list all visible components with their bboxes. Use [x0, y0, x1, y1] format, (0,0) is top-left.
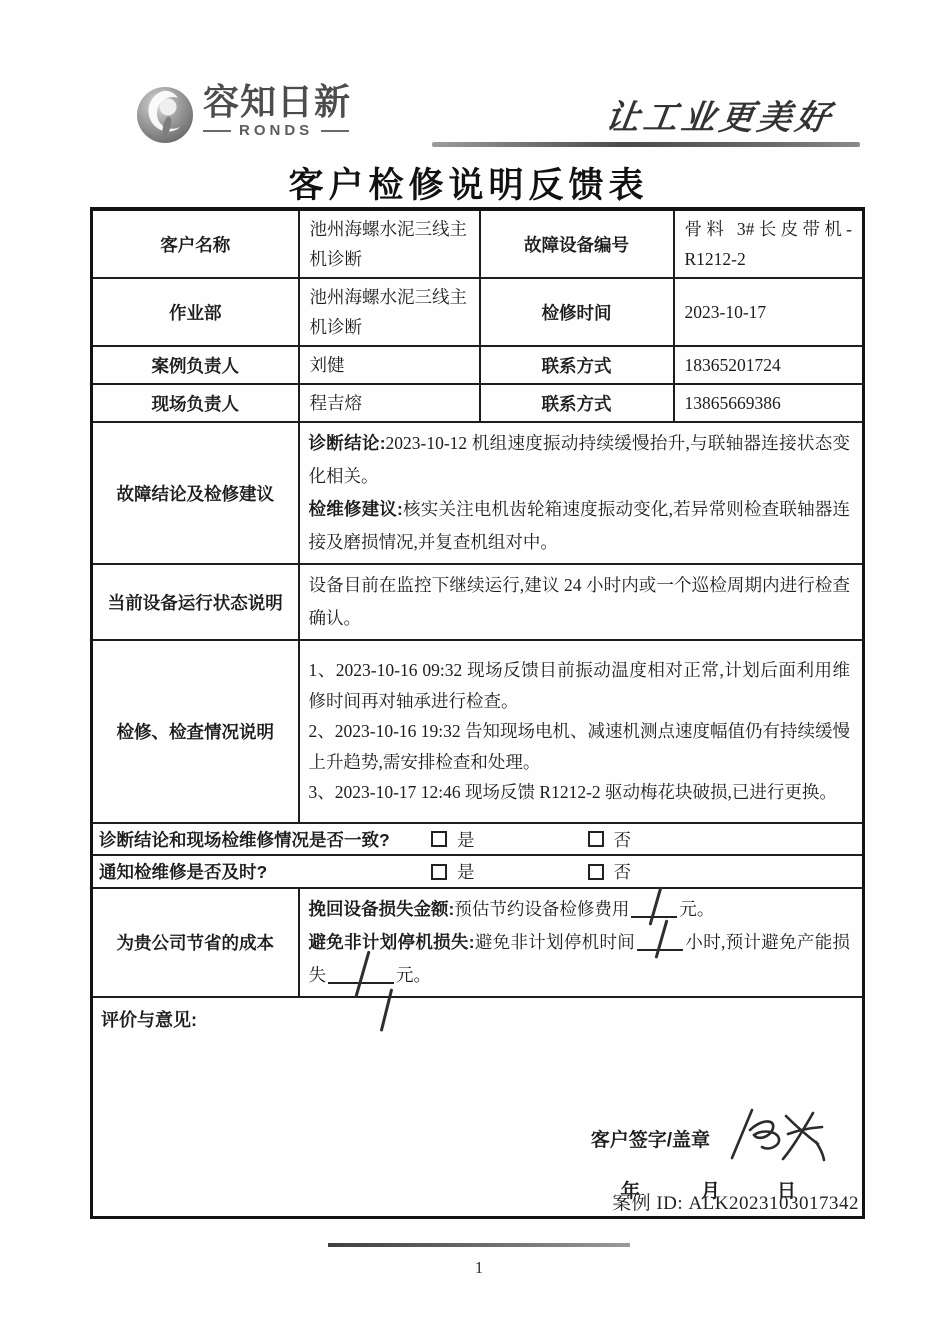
fault-conclusion-content: 诊断结论:2023-10-12 机组速度振动持续缓慢抬升,与联轴器连接状态变化相…	[299, 422, 864, 564]
header-divider-line	[432, 142, 860, 147]
ronds-sphere-icon	[133, 82, 197, 146]
downtime-loss-text: 避免非计划停机时间	[475, 932, 636, 952]
table-row: 作业部 池州海螺水泥三线主机诊断 检修时间 2023-10-17	[92, 278, 864, 346]
case-id: 案例 ID: ALK2023103017342	[612, 1188, 859, 1215]
question-timeliness-text: 通知检维修是否及时?	[99, 859, 431, 884]
scanned-form-page: 容知日新 RONDS 让工业更美好 客户检修说明反馈表 客户名称 池州海螺水泥三…	[0, 0, 937, 1325]
checkbox-consistency-no[interactable]	[588, 831, 604, 847]
checkbox-timeliness-no[interactable]	[588, 864, 604, 880]
recovered-loss-text: 预估节约设备检修费用	[454, 899, 629, 919]
checkbox-timeliness-yes[interactable]	[431, 864, 447, 880]
table-row: 当前设备运行状态说明 设备目前在监控下继续运行,建议 24 小时内或一个巡检周期…	[92, 564, 864, 640]
site-owner-label: 现场负责人	[92, 384, 299, 422]
downtime-hours-blank-field[interactable]	[637, 933, 683, 951]
current-status-text: 设备目前在监控下继续运行,建议 24 小时内或一个巡检周期内进行检查确认。	[309, 569, 851, 635]
current-status-label: 当前设备运行状态说明	[92, 564, 299, 640]
table-row: 诊断结论和现场检维修情况是否一致? 是 否	[92, 823, 864, 855]
evaluation-signature-row: 评价与意见: 客户签字/盖章	[92, 997, 864, 1217]
company-slogan-calligraphy: 让工业更美好	[582, 90, 859, 139]
page-title: 客户检修说明反馈表	[0, 158, 937, 208]
inspection-label: 检修、检查情况说明	[92, 640, 299, 823]
timeliness-yes-option: 是	[431, 859, 475, 884]
fault-conclusion-label: 故障结论及检修建议	[92, 422, 299, 564]
logo-text-en: RONDS	[203, 122, 351, 139]
capacity-loss-suffix: 元。	[396, 965, 431, 985]
footer-divider-line	[328, 1243, 630, 1247]
equipment-id-value: 骨料 3#长皮带机-R1212-2	[674, 209, 864, 278]
contact-value: 18365201724	[674, 346, 864, 384]
customer-signature-label: 客户签字/盖章	[591, 1125, 710, 1152]
table-row: 案例负责人 刘健 联系方式 18365201724	[92, 346, 864, 384]
case-id-label: 案例 ID:	[612, 1193, 683, 1214]
table-row: 现场负责人 程吉熔 联系方式 13865669386	[92, 384, 864, 422]
customer-name-label: 客户名称	[92, 209, 299, 278]
no-label: 否	[614, 827, 632, 852]
repair-fee-blank-field[interactable]	[631, 900, 677, 918]
logo-text-cn: 容知日新	[203, 82, 351, 122]
contact-value: 13865669386	[674, 384, 864, 422]
consistency-yes-option: 是	[431, 827, 475, 852]
table-row: 评价与意见: 客户签字/盖章	[92, 997, 864, 1217]
equipment-id-label: 故障设备编号	[480, 209, 674, 278]
suggestion-label: 检维修建议:	[309, 499, 403, 519]
timeliness-no-option: 否	[588, 859, 632, 884]
logo-dash-left	[203, 130, 231, 132]
current-status-content: 设备目前在监控下继续运行,建议 24 小时内或一个巡检周期内进行检查确认。	[299, 564, 864, 640]
case-id-value: ALK2023103017342	[688, 1193, 859, 1214]
repair-time-label: 检修时间	[480, 278, 674, 346]
department-value: 池州海螺水泥三线主机诊断	[299, 278, 480, 346]
company-logo: 容知日新 RONDS	[133, 82, 351, 146]
handwritten-signature	[716, 1104, 834, 1166]
checkbox-consistency-yes[interactable]	[431, 831, 447, 847]
consistency-no-option: 否	[588, 827, 632, 852]
yes-label: 是	[457, 859, 475, 884]
inspection-item: 2、2023-10-16 19:32 告知现场电机、减速机测点速度幅值仍有持续缓…	[309, 716, 851, 777]
case-owner-value: 刘健	[299, 346, 480, 384]
table-row: 客户名称 池州海螺水泥三线主机诊断 故障设备编号 骨料 3#长皮带机-R1212…	[92, 209, 864, 278]
cost-saving-label: 为贵公司节省的成本	[92, 888, 299, 997]
downtime-loss-mid: 小时,预计避免	[685, 932, 797, 952]
page-number: 1	[328, 1258, 630, 1278]
case-owner-label: 案例负责人	[92, 346, 299, 384]
recovered-loss-suffix: 元。	[679, 899, 714, 919]
recovered-loss-label: 挽回设备损失金额:	[309, 899, 455, 919]
question-row-timeliness: 通知检维修是否及时? 是 否	[92, 855, 864, 888]
contact-label: 联系方式	[480, 384, 674, 422]
handwritten-slash	[354, 951, 370, 998]
site-owner-value: 程吉熔	[299, 384, 480, 422]
table-row: 检修、检查情况说明 1、2023-10-16 09:32 现场反馈目前振动温度相…	[92, 640, 864, 823]
handwritten-slash	[655, 919, 668, 958]
cost-saving-content: 挽回设备损失金额:预估节约设备检修费用元。 避免非计划停机损失:避免非计划停机时…	[299, 888, 864, 997]
table-row: 为贵公司节省的成本 挽回设备损失金额:预估节约设备检修费用元。 避免非计划停机损…	[92, 888, 864, 997]
handwritten-slash	[649, 886, 662, 925]
department-label: 作业部	[92, 278, 299, 346]
table-row: 通知检维修是否及时? 是 否	[92, 855, 864, 888]
no-label: 否	[614, 859, 632, 884]
inspection-item: 1、2023-10-16 09:32 现场反馈目前振动温度相对正常,计划后面利用…	[309, 655, 851, 716]
diagnosis-label: 诊断结论:	[309, 433, 386, 453]
feedback-form-table: 客户名称 池州海螺水泥三线主机诊断 故障设备编号 骨料 3#长皮带机-R1212…	[90, 207, 865, 1219]
inspection-item: 3、2023-10-17 12:46 现场反馈 R1212-2 驱动梅花块破损,…	[309, 777, 851, 808]
logo-dash-right	[321, 130, 349, 132]
evaluation-label: 评价与意见:	[101, 1006, 197, 1032]
diagnosis-text: 2023-10-12 机组速度振动持续缓慢抬升,与联轴器连接状态变化相关。	[309, 433, 851, 486]
capacity-loss-blank-field[interactable]	[328, 966, 394, 984]
yes-label: 是	[457, 827, 475, 852]
table-row: 故障结论及检修建议 诊断结论:2023-10-12 机组速度振动持续缓慢抬升,与…	[92, 422, 864, 564]
question-row-consistency: 诊断结论和现场检维修情况是否一致? 是 否	[92, 823, 864, 855]
downtime-loss-label: 避免非计划停机损失:	[309, 932, 475, 952]
inspection-content: 1、2023-10-16 09:32 现场反馈目前振动温度相对正常,计划后面利用…	[299, 640, 864, 823]
contact-label: 联系方式	[480, 346, 674, 384]
customer-name-value: 池州海螺水泥三线主机诊断	[299, 209, 480, 278]
repair-time-value: 2023-10-17	[674, 278, 864, 346]
question-consistency-text: 诊断结论和现场检维修情况是否一致?	[99, 827, 431, 852]
